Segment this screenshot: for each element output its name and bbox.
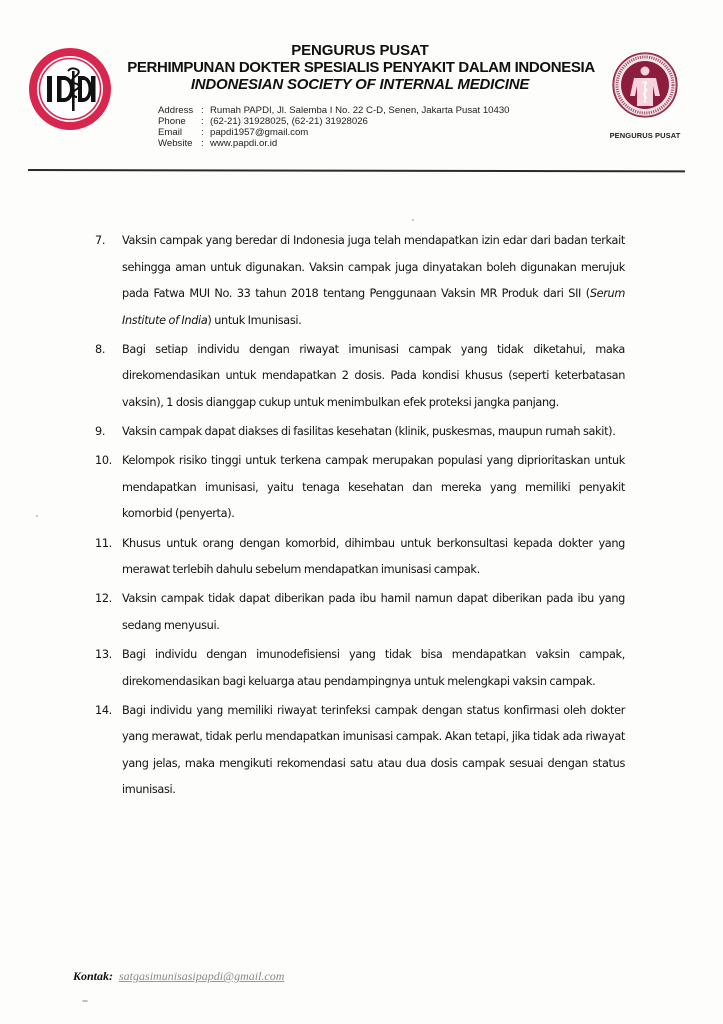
header-divider (28, 169, 685, 172)
list-item-number: 7. (95, 228, 105, 255)
list-item-text-part: ) untuk Imunisasi. (207, 314, 301, 327)
list-item-number: 10. (95, 448, 112, 475)
scan-speck (82, 1000, 88, 1002)
letterhead: PENGURUS PUSAT PERHIMPUNAN DOKTER SPESIA… (0, 0, 723, 175)
contact-label: Address (158, 105, 201, 116)
list-item: 9. Vaksin campak dapat diakses di fasili… (95, 419, 625, 446)
contact-value: www.papdi.or.id (210, 138, 277, 149)
list-item-text: Vaksin campak yang beredar di Indonesia … (122, 234, 625, 327)
footer-contact-label: Kontak: (73, 969, 113, 983)
list-item-number: 12. (95, 586, 112, 613)
footer-contact-email-link[interactable]: satgasimunisasipapdi@gmail.com (119, 969, 284, 983)
contact-row-phone: Phone : (62-21) 31928025, (62-21) 319280… (158, 116, 510, 127)
list-item-text: Vaksin campak tidak dapat diberikan pada… (122, 592, 625, 632)
scan-speck (412, 219, 414, 221)
contact-value: Rumah PAPDI, Jl. Salemba I No. 22 C-D, S… (210, 105, 510, 116)
contact-separator: : (201, 138, 210, 149)
list-item: 12. Vaksin campak tidak dapat diberikan … (95, 586, 625, 639)
list-item: 10. Kelompok risiko tinggi untuk terkena… (95, 448, 625, 528)
contact-row-website: Website : www.papdi.or.id (158, 138, 510, 149)
header-title-pengurus-pusat: PENGURUS PUSAT (120, 42, 600, 59)
list-item: 13. Bagi individu dengan imunodefisiensi… (95, 642, 625, 695)
list-item-number: 9. (95, 419, 105, 446)
contact-label: Email (158, 127, 201, 138)
footer-contact: Kontak: satgasimunisasipapdi@gmail.com (73, 969, 284, 984)
contact-value: papdi1957@gmail.com (210, 127, 308, 138)
list-item-number: 14. (95, 698, 112, 725)
contact-value: (62-21) 31928025, (62-21) 31928026 (210, 116, 368, 127)
list-item-number: 8. (95, 337, 105, 364)
list-item: 8. Bagi setiap individu dengan riwayat i… (95, 337, 625, 417)
list-item-number: 13. (95, 642, 112, 669)
contact-separator: : (201, 116, 210, 127)
papdi-logo-caption: PENGURUS PUSAT (598, 131, 692, 140)
contact-details: Address : Rumah PAPDI, Jl. Salemba I No.… (158, 105, 510, 149)
list-item-number: 11. (95, 531, 112, 558)
contact-row-email: Email : papdi1957@gmail.com (158, 127, 510, 138)
list-item: 7. Vaksin campak yang beredar di Indones… (95, 228, 625, 334)
list-item-text: Kelompok risiko tinggi untuk terkena cam… (122, 454, 625, 520)
list-item-text: Vaksin campak dapat diakses di fasilitas… (122, 425, 615, 438)
papdi-logo-icon (612, 52, 678, 118)
contact-row-address: Address : Rumah PAPDI, Jl. Salemba I No.… (158, 105, 510, 116)
list-item-text: Khusus untuk orang dengan komorbid, dihi… (122, 537, 625, 577)
list-item-text-part: Vaksin campak yang beredar di Indonesia … (122, 234, 625, 300)
list-item-text: Bagi individu dengan imunodefisiensi yan… (122, 648, 625, 688)
list-item-text: Bagi individu yang memiliki riwayat teri… (122, 704, 625, 797)
contact-separator: : (201, 105, 210, 116)
recommendation-list: 7. Vaksin campak yang beredar di Indones… (95, 228, 625, 806)
list-item-text: Bagi setiap individu dengan riwayat imun… (122, 343, 625, 409)
list-item: 11. Khusus untuk orang dengan komorbid, … (95, 531, 625, 584)
contact-separator: : (201, 127, 210, 138)
header-title-organization: PERHIMPUNAN DOKTER SPESIALIS PENYAKIT DA… (118, 59, 604, 76)
contact-label: Website (158, 138, 201, 149)
contact-label: Phone (158, 116, 201, 127)
list-item: 14. Bagi individu yang memiliki riwayat … (95, 698, 625, 804)
scan-speck (36, 515, 38, 517)
header-title-english: INDONESIAN SOCIETY OF INTERNAL MEDICINE (120, 76, 600, 93)
idi-logo-icon (28, 47, 112, 131)
